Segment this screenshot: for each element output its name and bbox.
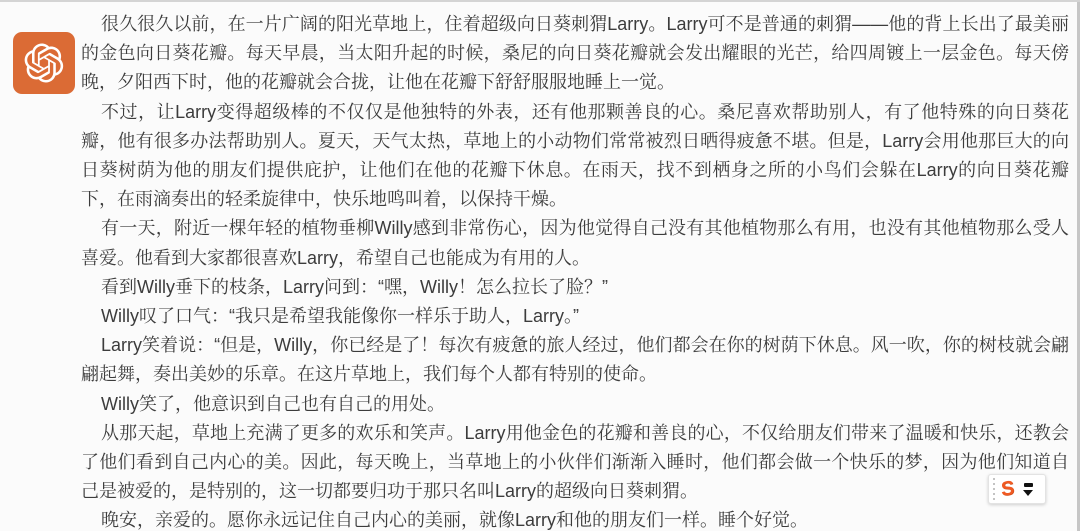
story-paragraph: 很久很久以前，在一片广阔的阳光草地上，住着超级向日葵刺猬Larry。Larry可… bbox=[81, 10, 1069, 98]
openai-logo-icon bbox=[24, 43, 64, 83]
chat-window: 很久很久以前，在一片广阔的阳光草地上，住着超级向日葵刺猬Larry。Larry可… bbox=[0, 0, 1080, 531]
ime-drag-handle-icon[interactable] bbox=[993, 478, 995, 500]
story-paragraph: 晚安，亲爱的。愿你永远记住自己内心的美丽，就像Larry和他的朋友们一样。睡个好… bbox=[81, 506, 1069, 531]
story-paragraph: 有一天，附近一棵年轻的植物垂柳Willy感到非常伤心，因为他觉得自己没有其他植物… bbox=[81, 214, 1069, 272]
story-paragraph: Larry笑着说：“但是，Willy，你已经是了！每次有疲惫的旅人经过，他们都会… bbox=[81, 331, 1069, 389]
story-paragraph: Willy叹了口气：“我只是希望我能像你一样乐于助人，Larry。” bbox=[81, 302, 1069, 331]
story-paragraph: 从那天起，草地上充满了更多的欢乐和笑声。Larry用他金色的花瓣和善良的心，不仅… bbox=[81, 419, 1069, 507]
story-paragraph: 不过，让Larry变得超级棒的不仅仅是他独特的外表，还有他那颗善良的心。桑尼喜欢… bbox=[81, 98, 1069, 215]
assistant-avatar bbox=[13, 32, 75, 94]
sogou-ime-bar[interactable]: S bbox=[988, 474, 1046, 504]
sogou-logo-icon[interactable]: S bbox=[1000, 478, 1015, 500]
story-paragraph: Willy笑了，他意识到自己也有自己的用处。 bbox=[81, 390, 1069, 419]
story-text: 很久很久以前，在一片广阔的阳光草地上，住着超级向日葵刺猬Larry。Larry可… bbox=[81, 10, 1069, 531]
ime-menu-icon[interactable] bbox=[1023, 483, 1033, 496]
story-paragraph: 看到Willy垂下的枝条，Larry问到：“嘿，Willy！怎么拉长了脸？” bbox=[81, 273, 1069, 302]
